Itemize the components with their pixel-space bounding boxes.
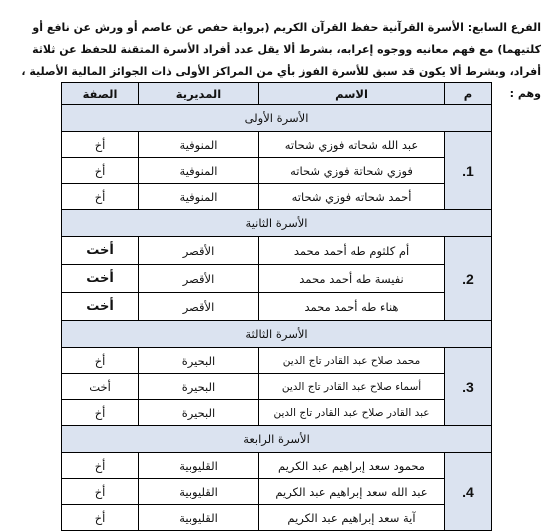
member-name: نفيسة طه أحمد محمد	[259, 265, 445, 293]
member-relation: أخ	[62, 479, 139, 505]
member-directorate: القليوبية	[139, 453, 259, 479]
table-row: هناء طه أحمد محمد الأقصر أخت	[62, 293, 492, 321]
member-relation: أخت	[62, 374, 139, 400]
table-row: نفيسة طه أحمد محمد الأقصر أخت	[62, 265, 492, 293]
table-row: 4. محمود سعد إبراهيم عبد الكريم القليوبي…	[62, 453, 492, 479]
member-directorate: البحيرة	[139, 348, 259, 374]
member-relation: أخت	[62, 265, 139, 293]
group-title: الأسرة الرابعة	[62, 426, 492, 453]
member-directorate: المنوفية	[139, 158, 259, 184]
member-name: عبد الله سعد إبراهيم عبد الكريم	[259, 479, 445, 505]
member-name: عبد الله شحاته فوزي شحاته	[259, 132, 445, 158]
group-row: الأسرة الثالثة	[62, 321, 492, 348]
member-name: هناء طه أحمد محمد	[259, 293, 445, 321]
group-row: الأسرة الرابعة	[62, 426, 492, 453]
header-relation: الصفة	[62, 83, 139, 105]
member-directorate: البحيرة	[139, 374, 259, 400]
member-name: عبد القادر صلاح عبد القادر تاج الدين	[259, 400, 445, 426]
group-row: الأسرة الأولى	[62, 105, 492, 132]
table-row: آية سعد إبراهيم عبد الكريم القليوبية أخ	[62, 505, 492, 531]
member-name: أحمد شحاته فوزي شحاته	[259, 184, 445, 210]
member-relation: أخ	[62, 184, 139, 210]
member-name: محمود سعد إبراهيم عبد الكريم	[259, 453, 445, 479]
group-title: الأسرة الثالثة	[62, 321, 492, 348]
families-table: م الاسم المديرية الصفة الأسرة الأولى 1. …	[61, 82, 492, 531]
group-number: 4.	[445, 453, 492, 531]
table-row: أسماء صلاح عبد القادر تاج الدين البحيرة …	[62, 374, 492, 400]
member-relation: أخ	[62, 158, 139, 184]
member-name: فوزي شحاتة فوزي شحاته	[259, 158, 445, 184]
group-row: الأسرة الثانية	[62, 210, 492, 237]
table-row: عبد القادر صلاح عبد القادر تاج الدين الب…	[62, 400, 492, 426]
table-row: 2. أم كلثوم طه أحمد محمد الأقصر أخت	[62, 237, 492, 265]
group-title: الأسرة الثانية	[62, 210, 492, 237]
member-directorate: البحيرة	[139, 400, 259, 426]
member-directorate: القليوبية	[139, 479, 259, 505]
member-relation: أخ	[62, 348, 139, 374]
member-relation: أخت	[62, 237, 139, 265]
member-name: آية سعد إبراهيم عبد الكريم	[259, 505, 445, 531]
member-name: أم كلثوم طه أحمد محمد	[259, 237, 445, 265]
group-title: الأسرة الأولى	[62, 105, 492, 132]
member-name: أسماء صلاح عبد القادر تاج الدين	[259, 374, 445, 400]
table-row: أحمد شحاته فوزي شحاته المنوفية أخ	[62, 184, 492, 210]
table-row: فوزي شحاتة فوزي شحاته المنوفية أخ	[62, 158, 492, 184]
member-relation: أخ	[62, 400, 139, 426]
table-header-row: م الاسم المديرية الصفة	[62, 83, 492, 105]
group-number: 2.	[445, 237, 492, 321]
member-relation: أخ	[62, 453, 139, 479]
header-directorate: المديرية	[139, 83, 259, 105]
member-directorate: المنوفية	[139, 184, 259, 210]
member-relation: أخ	[62, 132, 139, 158]
member-relation: أخت	[62, 293, 139, 321]
member-name: محمد صلاح عبد القادر تاج الدين	[259, 348, 445, 374]
group-number: 1.	[445, 132, 492, 210]
header-num: م	[445, 83, 492, 105]
member-directorate: الأقصر	[139, 293, 259, 321]
member-relation: أخ	[62, 505, 139, 531]
table-row: 3. محمد صلاح عبد القادر تاج الدين البحير…	[62, 348, 492, 374]
member-directorate: المنوفية	[139, 132, 259, 158]
group-number: 3.	[445, 348, 492, 426]
member-directorate: الأقصر	[139, 237, 259, 265]
header-name: الاسم	[259, 83, 445, 105]
table-row: عبد الله سعد إبراهيم عبد الكريم القليوبي…	[62, 479, 492, 505]
member-directorate: الأقصر	[139, 265, 259, 293]
member-directorate: القليوبية	[139, 505, 259, 531]
table-row: 1. عبد الله شحاته فوزي شحاته المنوفية أخ	[62, 132, 492, 158]
